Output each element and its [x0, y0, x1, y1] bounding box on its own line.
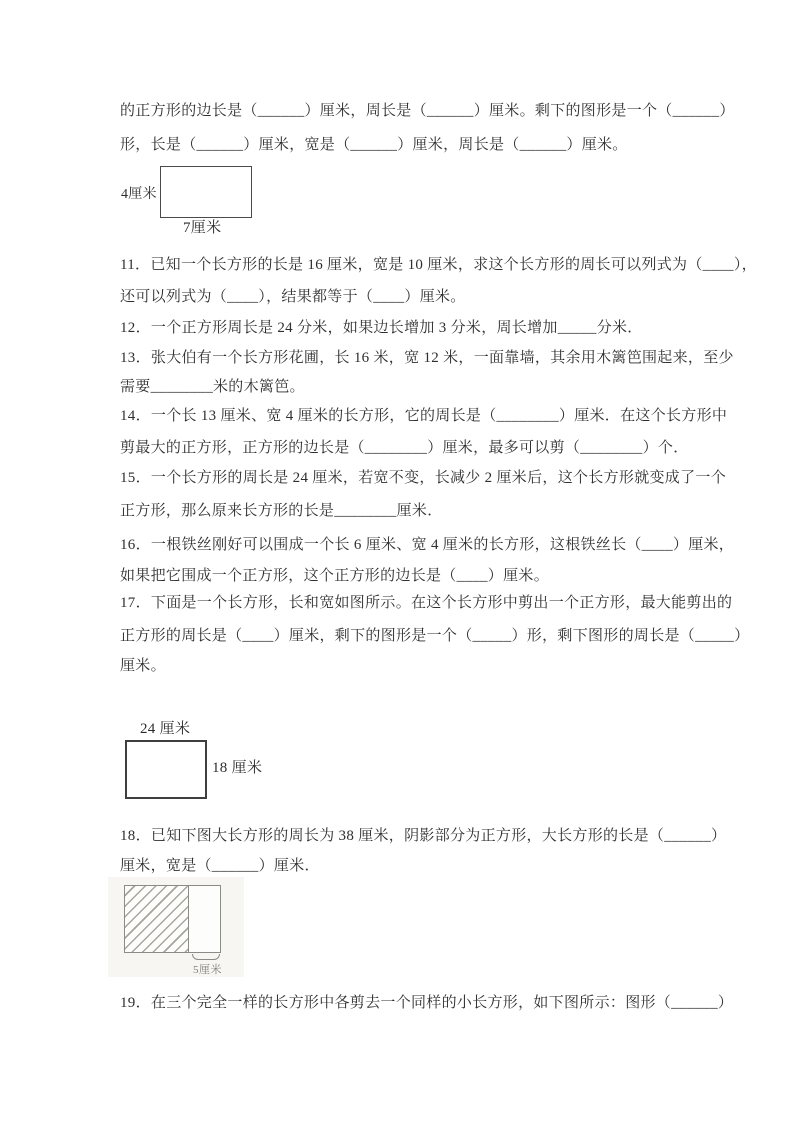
- q16-line-1: 16．一根铁丝刚好可以围成一个长 6 厘米、宽 4 厘米的长方形，这根铁丝长（_…: [120, 537, 734, 554]
- q13-line-1: 13．张大伯有一个长方形花圃，长 16 米，宽 12 米，一面靠墙，其余用木篱笆…: [120, 350, 734, 367]
- q17-line-2: 正方形的周长是（____）厘米，剩下的图形是一个（_____）形，剩下图形的周长…: [120, 628, 749, 645]
- q13-line-2: 需要________米的木篱笆。: [120, 379, 305, 396]
- q12-line-1: 12．一个正方形周长是 24 分米，如果边长增加 3 分米，周长增加_____分…: [120, 320, 643, 337]
- q18-line-1: 18．已知下图大长方形的周长为 38 厘米，阴影部分为正方形，大长方形的长是（_…: [120, 828, 726, 845]
- q10-continuation-line-2: 形，长是（______）厘米，宽是（______）厘米，周长是（______）厘…: [120, 137, 628, 154]
- q18-line-2: 厘米，宽是（______）厘米．: [120, 858, 320, 875]
- q17-line-3: 厘米。: [120, 658, 166, 675]
- q11-line-1: 11．已知一个长方形的长是 16 厘米，宽是 10 厘米，求这个长方形的周长可以…: [120, 257, 757, 274]
- q16-line-2: 如果把它围成一个正方形，这个正方形的边长是（____）厘米。: [120, 568, 549, 585]
- diagram2-height-label: 18 厘米: [212, 760, 262, 777]
- q10-continuation-line-1: 的正方形的边长是（______）厘米，周长是（______）厘米。剩下的图形是一…: [120, 103, 735, 120]
- q19-line-1: 19．在三个完全一样的长方形中各剪去一个同样的小长方形，如下图所示：图形（___…: [120, 995, 733, 1012]
- diagram1-height-label: 4厘米: [121, 186, 157, 203]
- diagram2-width-label: 24 厘米: [140, 721, 190, 738]
- q17-line-1: 17．下面是一个长方形，长和宽如图所示。在这个长方形中剪出一个正方形，最大能剪出…: [120, 595, 732, 612]
- q14-line-2: 剪最大的正方形，正方形的边长是（________）厘米，最多可以剪（______…: [120, 440, 689, 457]
- diagram3-outer-rectangle: [124, 885, 221, 953]
- worksheet-page: 的正方形的边长是（______）厘米，周长是（______）厘米。剩下的图形是一…: [0, 0, 793, 1122]
- diagram3-brace: [192, 954, 220, 960]
- diagram3-scan-patch: 5厘米: [108, 877, 244, 977]
- q11-line-2: 还可以列式为（____），结果都等于（____）厘米。: [120, 289, 466, 306]
- q15-line-1: 15．一个长方形的周长是 24 厘米，若宽不变，长减少 2 厘米后，这个长方形就…: [120, 470, 726, 487]
- diagram2-rectangle-24x18: [125, 740, 207, 799]
- diagram3-hatched-square: [125, 886, 189, 952]
- q14-line-1: 14．一个长 13 厘米、宽 4 厘米的长方形，它的周长是（________）厘…: [120, 408, 727, 425]
- q15-line-2: 正方形，那么原来长方形的长是________厘米．: [120, 503, 443, 520]
- diagram3-strip-width-label: 5厘米: [193, 961, 222, 977]
- diagram1-rectangle-7x4: [160, 166, 252, 218]
- diagram1-width-label: 7厘米: [183, 220, 221, 237]
